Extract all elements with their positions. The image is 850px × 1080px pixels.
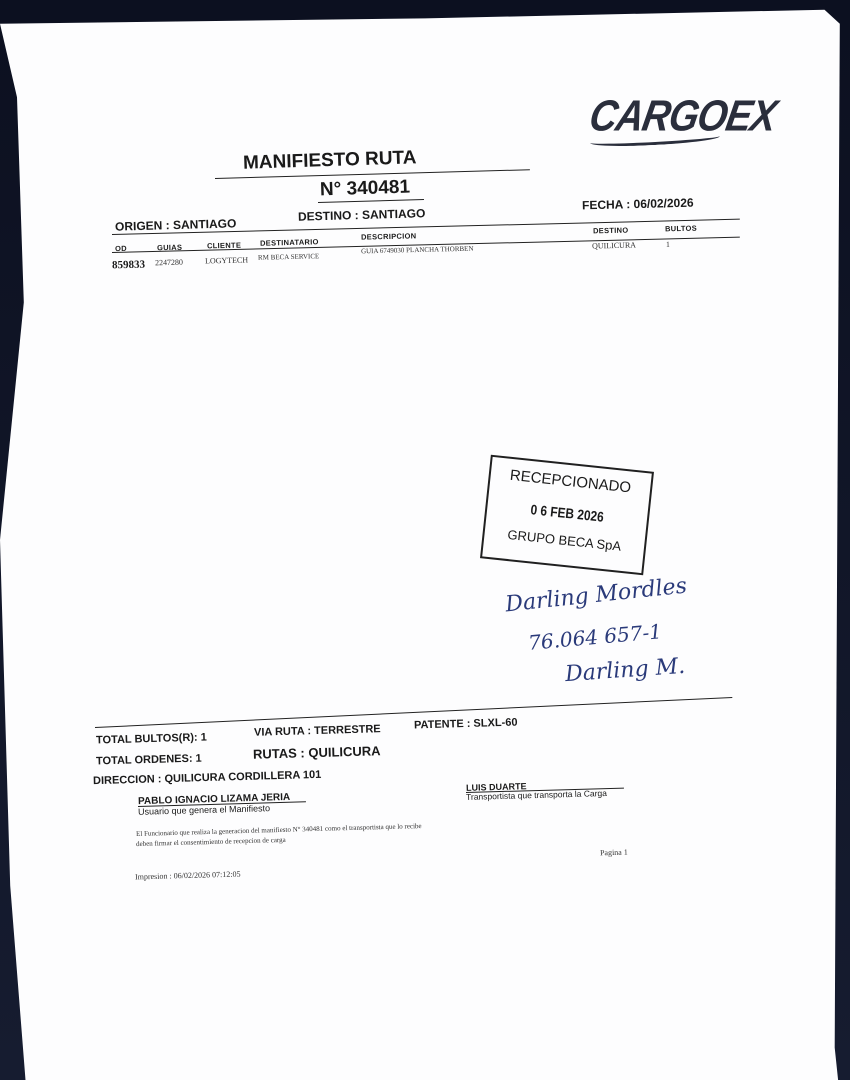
reception-stamp: RECEPCIONADO 0 6 FEB 2026 GRUPO BECA SpA [480, 455, 654, 576]
cell-od: 859833 [112, 259, 145, 272]
col-header-destino: DESTINO [593, 226, 629, 236]
stamp-company: GRUPO BECA SpA [484, 525, 645, 557]
manifest-number: N° 340481 [320, 177, 411, 202]
cell-guias: 2247280 [155, 258, 183, 268]
col-header-od: OD [115, 244, 127, 253]
fecha: FECHA : 06/02/2026 [582, 196, 694, 213]
cell-bultos: 1 [666, 240, 670, 249]
stamp-status: RECEPCIONADO [490, 465, 651, 499]
col-header-cliente: CLIENTE [207, 241, 241, 251]
page-number: Pagina 1 [600, 848, 628, 858]
manifest-paper [0, 0, 850, 1080]
stamp-date: 0 6 FEB 2026 [499, 498, 636, 528]
col-header-descripcion: DESCRIPCION [361, 231, 417, 241]
cell-destino: QUILICURA [592, 240, 636, 250]
cell-cliente: LOGYTECH [205, 255, 248, 265]
cell-destinatario: RM BECA SERVICE [258, 252, 319, 261]
col-header-guias: GUIAS [157, 243, 182, 253]
col-header-destinatario: DESTINATARIO [260, 237, 319, 247]
col-header-bultos: BULTOS [665, 224, 697, 234]
